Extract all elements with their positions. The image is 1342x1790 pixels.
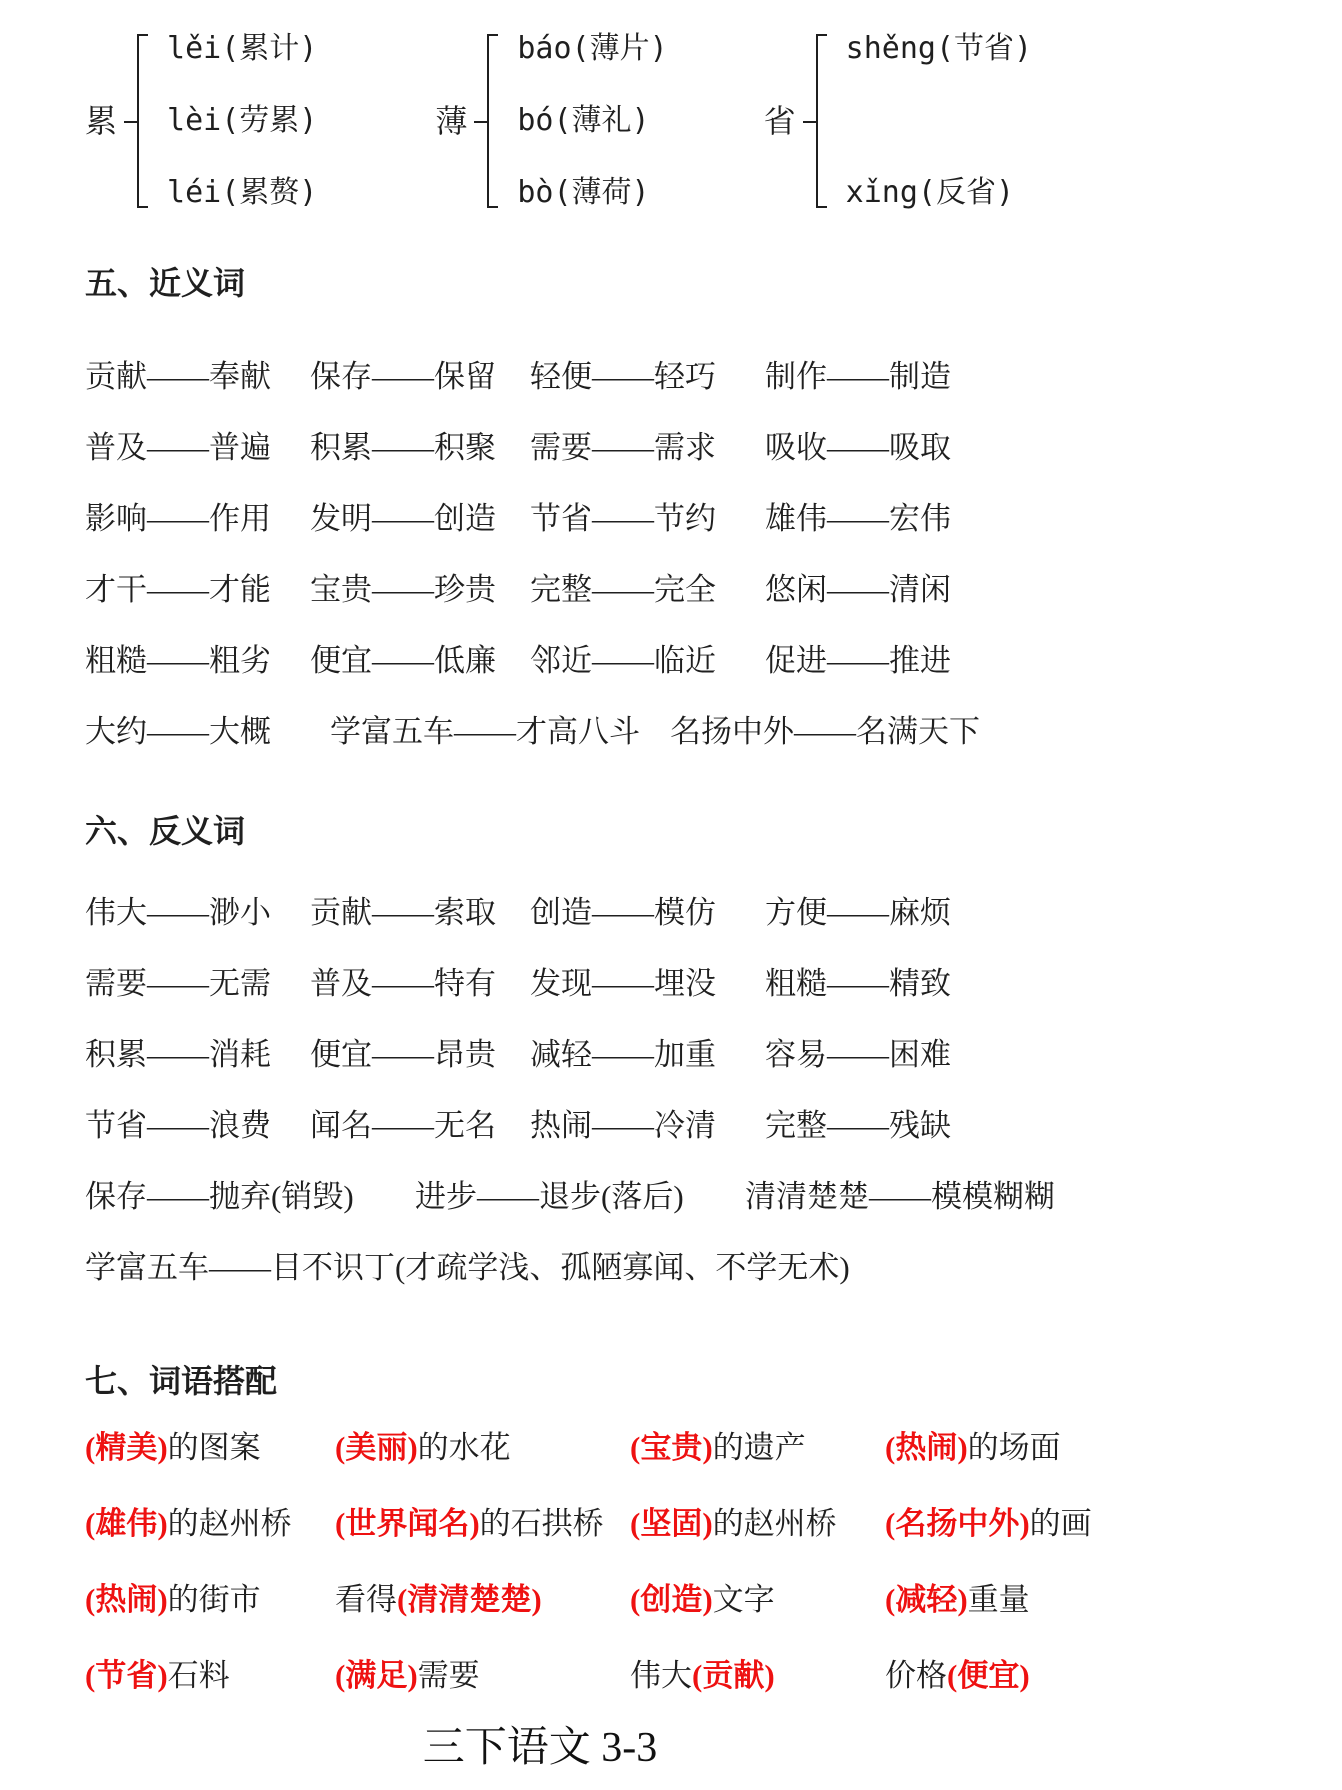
antonym-pair: 容易——困难 <box>765 1029 1322 1074</box>
antonym-row: 需要——无需普及——特有发现——埋没粗糙——精致 <box>85 945 1322 1016</box>
polyphonic-reading: léi(累赘) <box>167 176 317 210</box>
collocation-plain-text: 的遗产 <box>713 1430 806 1465</box>
collocation-cell: 看得(清清楚楚) <box>335 1574 630 1619</box>
polyphonic-section: 累lěi(累计)lèi(劳累)léi(累赘)薄báo(薄片)bó(薄礼)bò(薄… <box>85 32 1322 210</box>
collocation-answer: (贡献) <box>692 1658 775 1693</box>
polyphonic-reading: lěi(累计) <box>167 32 317 66</box>
synonym-pair: 影响——作用 <box>85 493 310 538</box>
worksheet-page: 累lěi(累计)lèi(劳累)léi(累赘)薄báo(薄片)bó(薄礼)bò(薄… <box>0 0 1342 1790</box>
synonym-row: 粗糙——粗劣便宜——低廉邻近——临近促进——推进 <box>85 622 1322 693</box>
collocation-answer: (满足) <box>335 1658 418 1693</box>
antonym-pair: 完整——残缺 <box>765 1100 1322 1145</box>
antonym-pair: 节省——浪费 <box>85 1100 310 1145</box>
collocation-answer: (宝贵) <box>630 1430 713 1465</box>
synonym-pair: 积累——积聚 <box>310 422 530 467</box>
collocation-answer: (便宜) <box>947 1658 1030 1693</box>
polyphonic-group: 累lěi(累计)lèi(劳累)léi(累赘) <box>85 32 317 210</box>
collocation-cell: (创造)文字 <box>630 1574 885 1619</box>
collocation-cell: 伟大(贡献) <box>630 1650 885 1695</box>
polyphonic-character: 累 <box>85 105 117 137</box>
collocations-heading: 七、词语搭配 <box>85 1360 1322 1402</box>
polyphonic-reading: lèi(劳累) <box>167 104 317 138</box>
collocation-cell: (美丽)的水花 <box>335 1422 630 1467</box>
polyphonic-group: 省shěng(节省)xǐng(反省) <box>764 32 1032 210</box>
antonym-pair: 保存——抛弃(销毁) <box>85 1171 415 1216</box>
antonym-pair: 创造——模仿 <box>530 887 765 932</box>
collocation-answer: (精美) <box>85 1430 168 1465</box>
antonym-pair: 减轻——加重 <box>530 1029 765 1074</box>
synonym-pair: 贡献——奉献 <box>85 351 310 396</box>
collocation-plain-text: 石料 <box>168 1658 230 1693</box>
collocation-plain-text: 的赵州桥 <box>713 1506 837 1541</box>
collocation-plain-text: 的街市 <box>168 1582 261 1617</box>
collocation-cell: (坚固)的赵州桥 <box>630 1498 885 1543</box>
collocation-answer: (热闹) <box>885 1430 968 1465</box>
antonym-row: 节省——浪费闻名——无名热闹——冷清完整——残缺 <box>85 1087 1322 1158</box>
antonym-row: 积累——消耗便宜——昂贵减轻——加重容易——困难 <box>85 1016 1322 1087</box>
polyphonic-reading: xǐng(反省) <box>846 176 1032 210</box>
antonym-row: 伟大——渺小贡献——索取创造——模仿方便——麻烦 <box>85 874 1322 945</box>
collocation-cell: (宝贵)的遗产 <box>630 1422 885 1467</box>
antonym-pair: 伟大——渺小 <box>85 887 310 932</box>
polyphonic-character: 省 <box>764 105 796 137</box>
synonym-pair: 轻便——轻巧 <box>530 351 765 396</box>
collocation-plain-text: 看得 <box>335 1582 397 1617</box>
collocation-cell: (热闹)的场面 <box>885 1422 1322 1467</box>
synonym-pair: 制作——制造 <box>765 351 1322 396</box>
synonym-pair: 保存——保留 <box>310 351 530 396</box>
synonym-row: 大约——大概学富五车——才高八斗名扬中外——名满天下 <box>85 693 1322 764</box>
collocation-plain-text: 的石拱桥 <box>480 1506 604 1541</box>
synonym-row: 影响——作用发明——创造节省——节约雄伟——宏伟 <box>85 480 1322 551</box>
antonym-pair: 贡献——索取 <box>310 887 530 932</box>
synonym-pair: 促进——推进 <box>765 635 1322 680</box>
antonym-pair: 发现——埋没 <box>530 958 765 1003</box>
antonym-pair: 进步——退步(落后) <box>415 1171 745 1216</box>
collocation-answer: (世界闻名) <box>335 1506 480 1541</box>
synonym-pair: 才干——才能 <box>85 564 310 609</box>
brace-icon <box>816 34 830 208</box>
polyphonic-readings: báo(薄片)bó(薄礼)bò(薄荷) <box>511 32 667 210</box>
collocation-cell: (雄伟)的赵州桥 <box>85 1498 335 1543</box>
collocation-plain-text: 伟大 <box>630 1658 692 1693</box>
synonym-pair: 发明——创造 <box>310 493 530 538</box>
collocation-cell: (世界闻名)的石拱桥 <box>335 1498 630 1543</box>
antonym-pair: 清清楚楚——模模糊糊 <box>745 1171 1322 1216</box>
polyphonic-reading: báo(薄片) <box>517 32 667 66</box>
polyphonic-reading: bó(薄礼) <box>517 104 667 138</box>
synonym-pair: 大约——大概 <box>85 706 330 751</box>
collocation-answer: (雄伟) <box>85 1506 168 1541</box>
synonym-pair: 吸收——吸取 <box>765 422 1322 467</box>
polyphonic-readings: shěng(节省)xǐng(反省) <box>840 32 1032 210</box>
collocation-answer: (热闹) <box>85 1582 168 1617</box>
polyphonic-reading: bò(薄荷) <box>517 176 667 210</box>
collocation-row: (精美)的图案(美丽)的水花(宝贵)的遗产(热闹)的场面 <box>85 1406 1322 1482</box>
polyphonic-character: 薄 <box>435 105 467 137</box>
collocations-list: (精美)的图案(美丽)的水花(宝贵)的遗产(热闹)的场面(雄伟)的赵州桥(世界闻… <box>85 1406 1322 1710</box>
synonym-pair: 邻近——临近 <box>530 635 765 680</box>
synonym-pair: 普及——普遍 <box>85 422 310 467</box>
collocation-plain-text: 的图案 <box>168 1430 261 1465</box>
antonyms-list: 伟大——渺小贡献——索取创造——模仿方便——麻烦需要——无需普及——特有发现——… <box>85 874 1322 1300</box>
collocation-cell: (名扬中外)的画 <box>885 1498 1322 1543</box>
collocation-plain-text: 文字 <box>713 1582 775 1617</box>
antonym-row: 学富五车——目不识丁(才疏学浅、孤陋寡闻、不学无术) <box>85 1229 1322 1300</box>
collocation-answer: (清清楚楚) <box>397 1582 542 1617</box>
synonym-row: 普及——普遍积累——积聚需要——需求吸收——吸取 <box>85 409 1322 480</box>
collocation-row: (雄伟)的赵州桥(世界闻名)的石拱桥(坚固)的赵州桥(名扬中外)的画 <box>85 1482 1322 1558</box>
collocation-cell: (精美)的图案 <box>85 1422 335 1467</box>
collocation-answer: (名扬中外) <box>885 1506 1030 1541</box>
collocation-plain-text: 重量 <box>968 1582 1030 1617</box>
polyphonic-readings: lěi(累计)lèi(劳累)léi(累赘) <box>161 32 317 210</box>
synonyms-list: 贡献——奉献保存——保留轻便——轻巧制作——制造普及——普遍积累——积聚需要——… <box>85 338 1322 764</box>
collocation-plain-text: 需要 <box>418 1658 480 1693</box>
synonym-pair: 名扬中外——名满天下 <box>670 706 1322 751</box>
brace-icon <box>487 34 501 208</box>
collocation-cell: (减轻)重量 <box>885 1574 1322 1619</box>
collocation-row: (节省)石料(满足)需要伟大(贡献)价格(便宜) <box>85 1634 1322 1710</box>
antonym-pair: 学富五车——目不识丁(才疏学浅、孤陋寡闻、不学无术) <box>85 1242 1322 1287</box>
brace-icon <box>137 34 151 208</box>
synonym-pair: 粗糙——粗劣 <box>85 635 310 680</box>
collocation-plain-text: 的赵州桥 <box>168 1506 292 1541</box>
synonym-row: 才干——才能宝贵——珍贵完整——完全悠闲——清闲 <box>85 551 1322 622</box>
collocation-plain-text: 的场面 <box>968 1430 1061 1465</box>
collocation-cell: (满足)需要 <box>335 1650 630 1695</box>
collocation-plain-text: 的水花 <box>418 1430 511 1465</box>
polyphonic-reading: shěng(节省) <box>846 32 1032 66</box>
synonym-pair: 宝贵——珍贵 <box>310 564 530 609</box>
synonym-pair: 悠闲——清闲 <box>765 564 1322 609</box>
collocation-answer: (坚固) <box>630 1506 713 1541</box>
antonym-pair: 闻名——无名 <box>310 1100 530 1145</box>
antonym-pair: 方便——麻烦 <box>765 887 1322 932</box>
collocation-row: (热闹)的街市看得(清清楚楚)(创造)文字(减轻)重量 <box>85 1558 1322 1634</box>
antonym-pair: 需要——无需 <box>85 958 310 1003</box>
synonyms-heading: 五、近义词 <box>85 262 1322 304</box>
collocation-answer: (创造) <box>630 1582 713 1617</box>
synonym-pair: 便宜——低廉 <box>310 635 530 680</box>
collocation-plain-text: 价格 <box>885 1658 947 1693</box>
collocation-cell: (节省)石料 <box>85 1650 335 1695</box>
collocation-cell: (热闹)的街市 <box>85 1574 335 1619</box>
collocation-plain-text: 的画 <box>1030 1506 1092 1541</box>
antonym-pair: 便宜——昂贵 <box>310 1029 530 1074</box>
synonym-row: 贡献——奉献保存——保留轻便——轻巧制作——制造 <box>85 338 1322 409</box>
collocation-cell: 价格(便宜) <box>885 1650 1322 1695</box>
synonym-pair: 节省——节约 <box>530 493 765 538</box>
collocation-answer: (美丽) <box>335 1430 418 1465</box>
synonym-pair: 需要——需求 <box>530 422 765 467</box>
antonym-pair: 普及——特有 <box>310 958 530 1003</box>
synonym-pair: 学富五车——才高八斗 <box>330 706 670 751</box>
antonym-pair: 热闹——冷清 <box>530 1100 765 1145</box>
antonym-pair: 粗糙——精致 <box>765 958 1322 1003</box>
collocation-answer: (减轻) <box>885 1582 968 1617</box>
collocation-answer: (节省) <box>85 1658 168 1693</box>
antonym-row: 保存——抛弃(销毁)进步——退步(落后)清清楚楚——模模糊糊 <box>85 1158 1322 1229</box>
antonyms-heading: 六、反义词 <box>85 810 1322 852</box>
polyphonic-group: 薄báo(薄片)bó(薄礼)bò(薄荷) <box>435 32 667 210</box>
antonym-pair: 积累——消耗 <box>85 1029 310 1074</box>
synonym-pair: 完整——完全 <box>530 564 765 609</box>
page-footer: 三下语文 3-3 <box>85 1718 995 1778</box>
synonym-pair: 雄伟——宏伟 <box>765 493 1322 538</box>
